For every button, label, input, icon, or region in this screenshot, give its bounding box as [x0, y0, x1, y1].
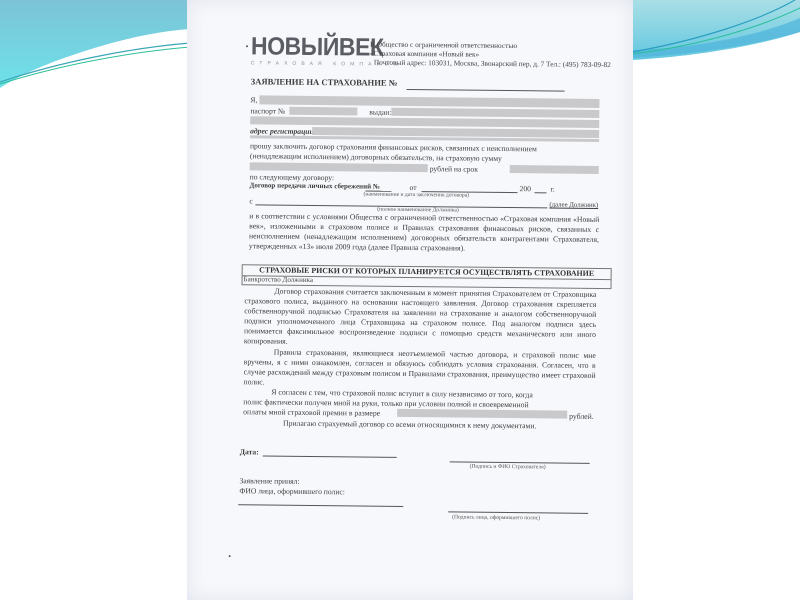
officer-label: ФИО лица, оформившего полис: — [239, 486, 345, 496]
date-label: Дата: — [240, 447, 259, 456]
contract-year: 200 — [519, 184, 530, 193]
contract-year-field[interactable] — [534, 192, 546, 193]
application-number-field[interactable] — [407, 89, 565, 92]
officer-name-field[interactable] — [238, 504, 403, 507]
body-paragraph-2: Правила страхования, являющиеся неотъемл… — [243, 347, 595, 391]
scanned-document-page: НОВЫЙВЕК СТРАХОВАЯ КОМПАНИЯ В Общество с… — [187, 0, 633, 600]
passport-issued-field[interactable] — [391, 108, 599, 118]
form-title: ЗАЯВЛЕНИЕ НА СТРАХОВАНИЕ № — [251, 77, 398, 88]
insurance-risks-table: СТРАХОВЫЕ РИСКИ ОТ КОТОРЫХ ПЛАНИРУЕТСЯ О… — [242, 264, 612, 289]
insured-signature-caption: (Подпись и ФИО Страхователя) — [470, 464, 546, 471]
passport-label: паспорт № — [250, 106, 285, 115]
body-paragraph-1: Договор страхования считается заключенны… — [244, 286, 597, 350]
contract-year-suffix: г. — [550, 184, 554, 193]
passport-number-field[interactable] — [289, 107, 357, 116]
conditions-paragraph: и в соответствии с условиями Общества с … — [249, 211, 599, 255]
premium-amount-field[interactable] — [397, 409, 567, 419]
premium-rubles-suffix: рублей. — [569, 412, 594, 421]
attachment-text: Прилагаю страхуемый договор со всеми отн… — [283, 419, 536, 431]
debtor-suffix: (далее Должник) — [549, 200, 598, 210]
contract-label: Договор передачи личных сбережений № — [250, 181, 380, 191]
insurance-risk-item: Банкротство Должника — [244, 275, 313, 285]
addressee-block: В Общество с ограниченной ответственност… — [370, 40, 611, 70]
debtor-with-label: с — [249, 196, 252, 205]
insurance-term-field[interactable] — [510, 165, 599, 174]
insurance-application-form: НОВЫЙВЕК СТРАХОВАЯ КОМПАНИЯ В Общество с… — [187, 0, 633, 600]
contract-from-label: от — [410, 183, 417, 192]
request-text-line-2: (ненадлежащим исполнением) договорных об… — [250, 151, 502, 163]
premium-text-line-3: оплаты мной страховой премии в размере — [243, 407, 380, 417]
officer-signature-field[interactable] — [448, 511, 588, 513]
scan-speck — [229, 555, 231, 557]
request-text-rubles-term: рублей на срок — [430, 164, 478, 174]
postal-address: Почтовый адрес: 103031, Москва, Звонарск… — [374, 58, 611, 70]
issued-label: выдан: — [369, 108, 391, 117]
date-field[interactable] — [263, 455, 397, 457]
scan-speck — [246, 45, 248, 47]
contract-caption: (наименование и дата заключения договора… — [363, 192, 469, 199]
officer-signature-caption: (Подпись лица, оформившего полис) — [452, 514, 540, 521]
insured-sum-field[interactable] — [250, 162, 428, 172]
accepted-label: Заявление принял: — [239, 476, 299, 486]
applicant-label: Я, — [250, 95, 257, 104]
